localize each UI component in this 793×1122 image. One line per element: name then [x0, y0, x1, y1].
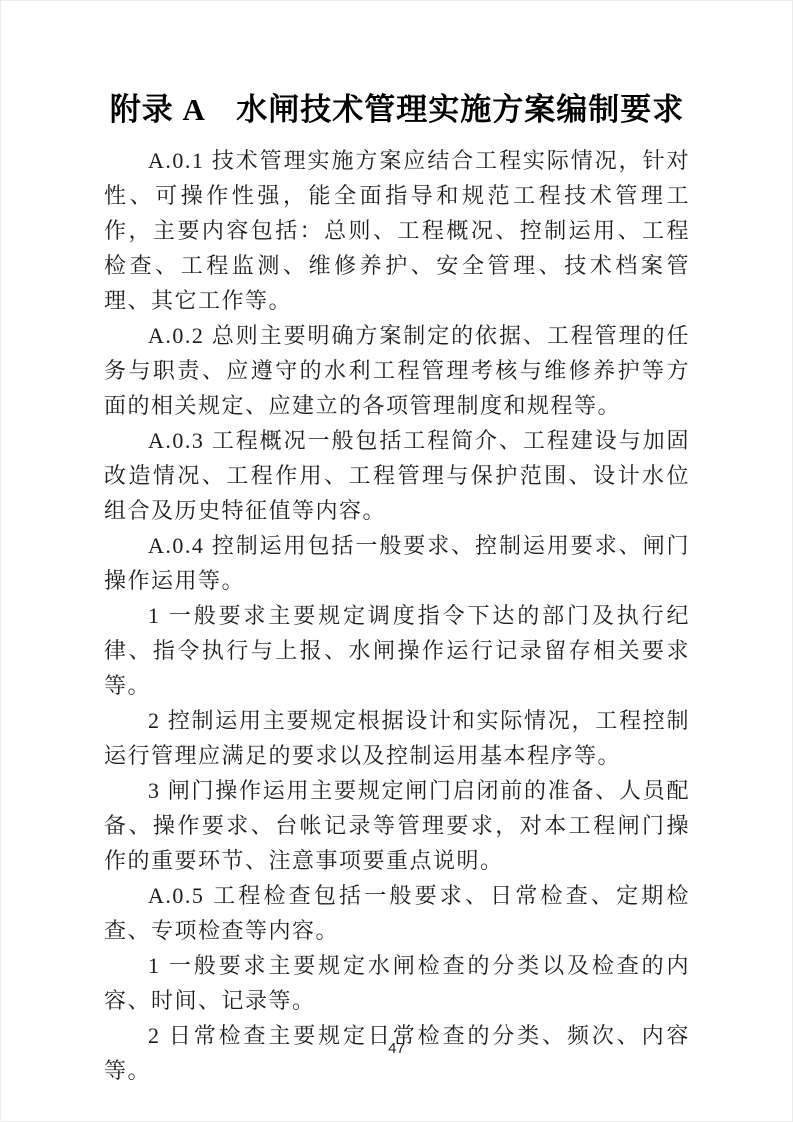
- page-number: 47: [1, 1040, 792, 1057]
- document-body: A.0.1 技术管理实施方案应结合工程实际情况，针对性、可操作性强，能全面指导和…: [104, 143, 690, 1088]
- paragraph-A.0.5-1: 1 一般要求主要规定水闸检查的分类以及检查的内容、时间、记录等。: [104, 948, 690, 1018]
- paragraph-A.0.1: A.0.1 技术管理实施方案应结合工程实际情况，针对性、可操作性强，能全面指导和…: [104, 143, 690, 318]
- document-page: 附录 A 水闸技术管理实施方案编制要求 A.0.1 技术管理实施方案应结合工程实…: [0, 0, 793, 1122]
- paragraph-A.0.3: A.0.3 工程概况一般包括工程简介、工程建设与加固改造情况、工程作用、工程管理…: [104, 423, 690, 528]
- page-title: 附录 A 水闸技术管理实施方案编制要求: [104, 89, 690, 131]
- document-content: 附录 A 水闸技术管理实施方案编制要求 A.0.1 技术管理实施方案应结合工程实…: [104, 89, 690, 1088]
- paragraph-A.0.4-2: 2 控制运用主要规定根据设计和实际情况，工程控制运行管理应满足的要求以及控制运用…: [104, 703, 690, 773]
- paragraph-A.0.4-3: 3 闸门操作运用主要规定闸门启闭前的准备、人员配备、操作要求、台帐记录等管理要求…: [104, 773, 690, 878]
- paragraph-A.0.2: A.0.2 总则主要明确方案制定的依据、工程管理的任务与职责、应遵守的水利工程管…: [104, 318, 690, 423]
- paragraph-A.0.4-1: 1 一般要求主要规定调度指令下达的部门及执行纪律、指令执行与上报、水闸操作运行记…: [104, 598, 690, 703]
- paragraph-A.0.4: A.0.4 控制运用包括一般要求、控制运用要求、闸门操作运用等。: [104, 528, 690, 598]
- paragraph-A.0.5: A.0.5 工程检查包括一般要求、日常检查、定期检查、专项检查等内容。: [104, 878, 690, 948]
